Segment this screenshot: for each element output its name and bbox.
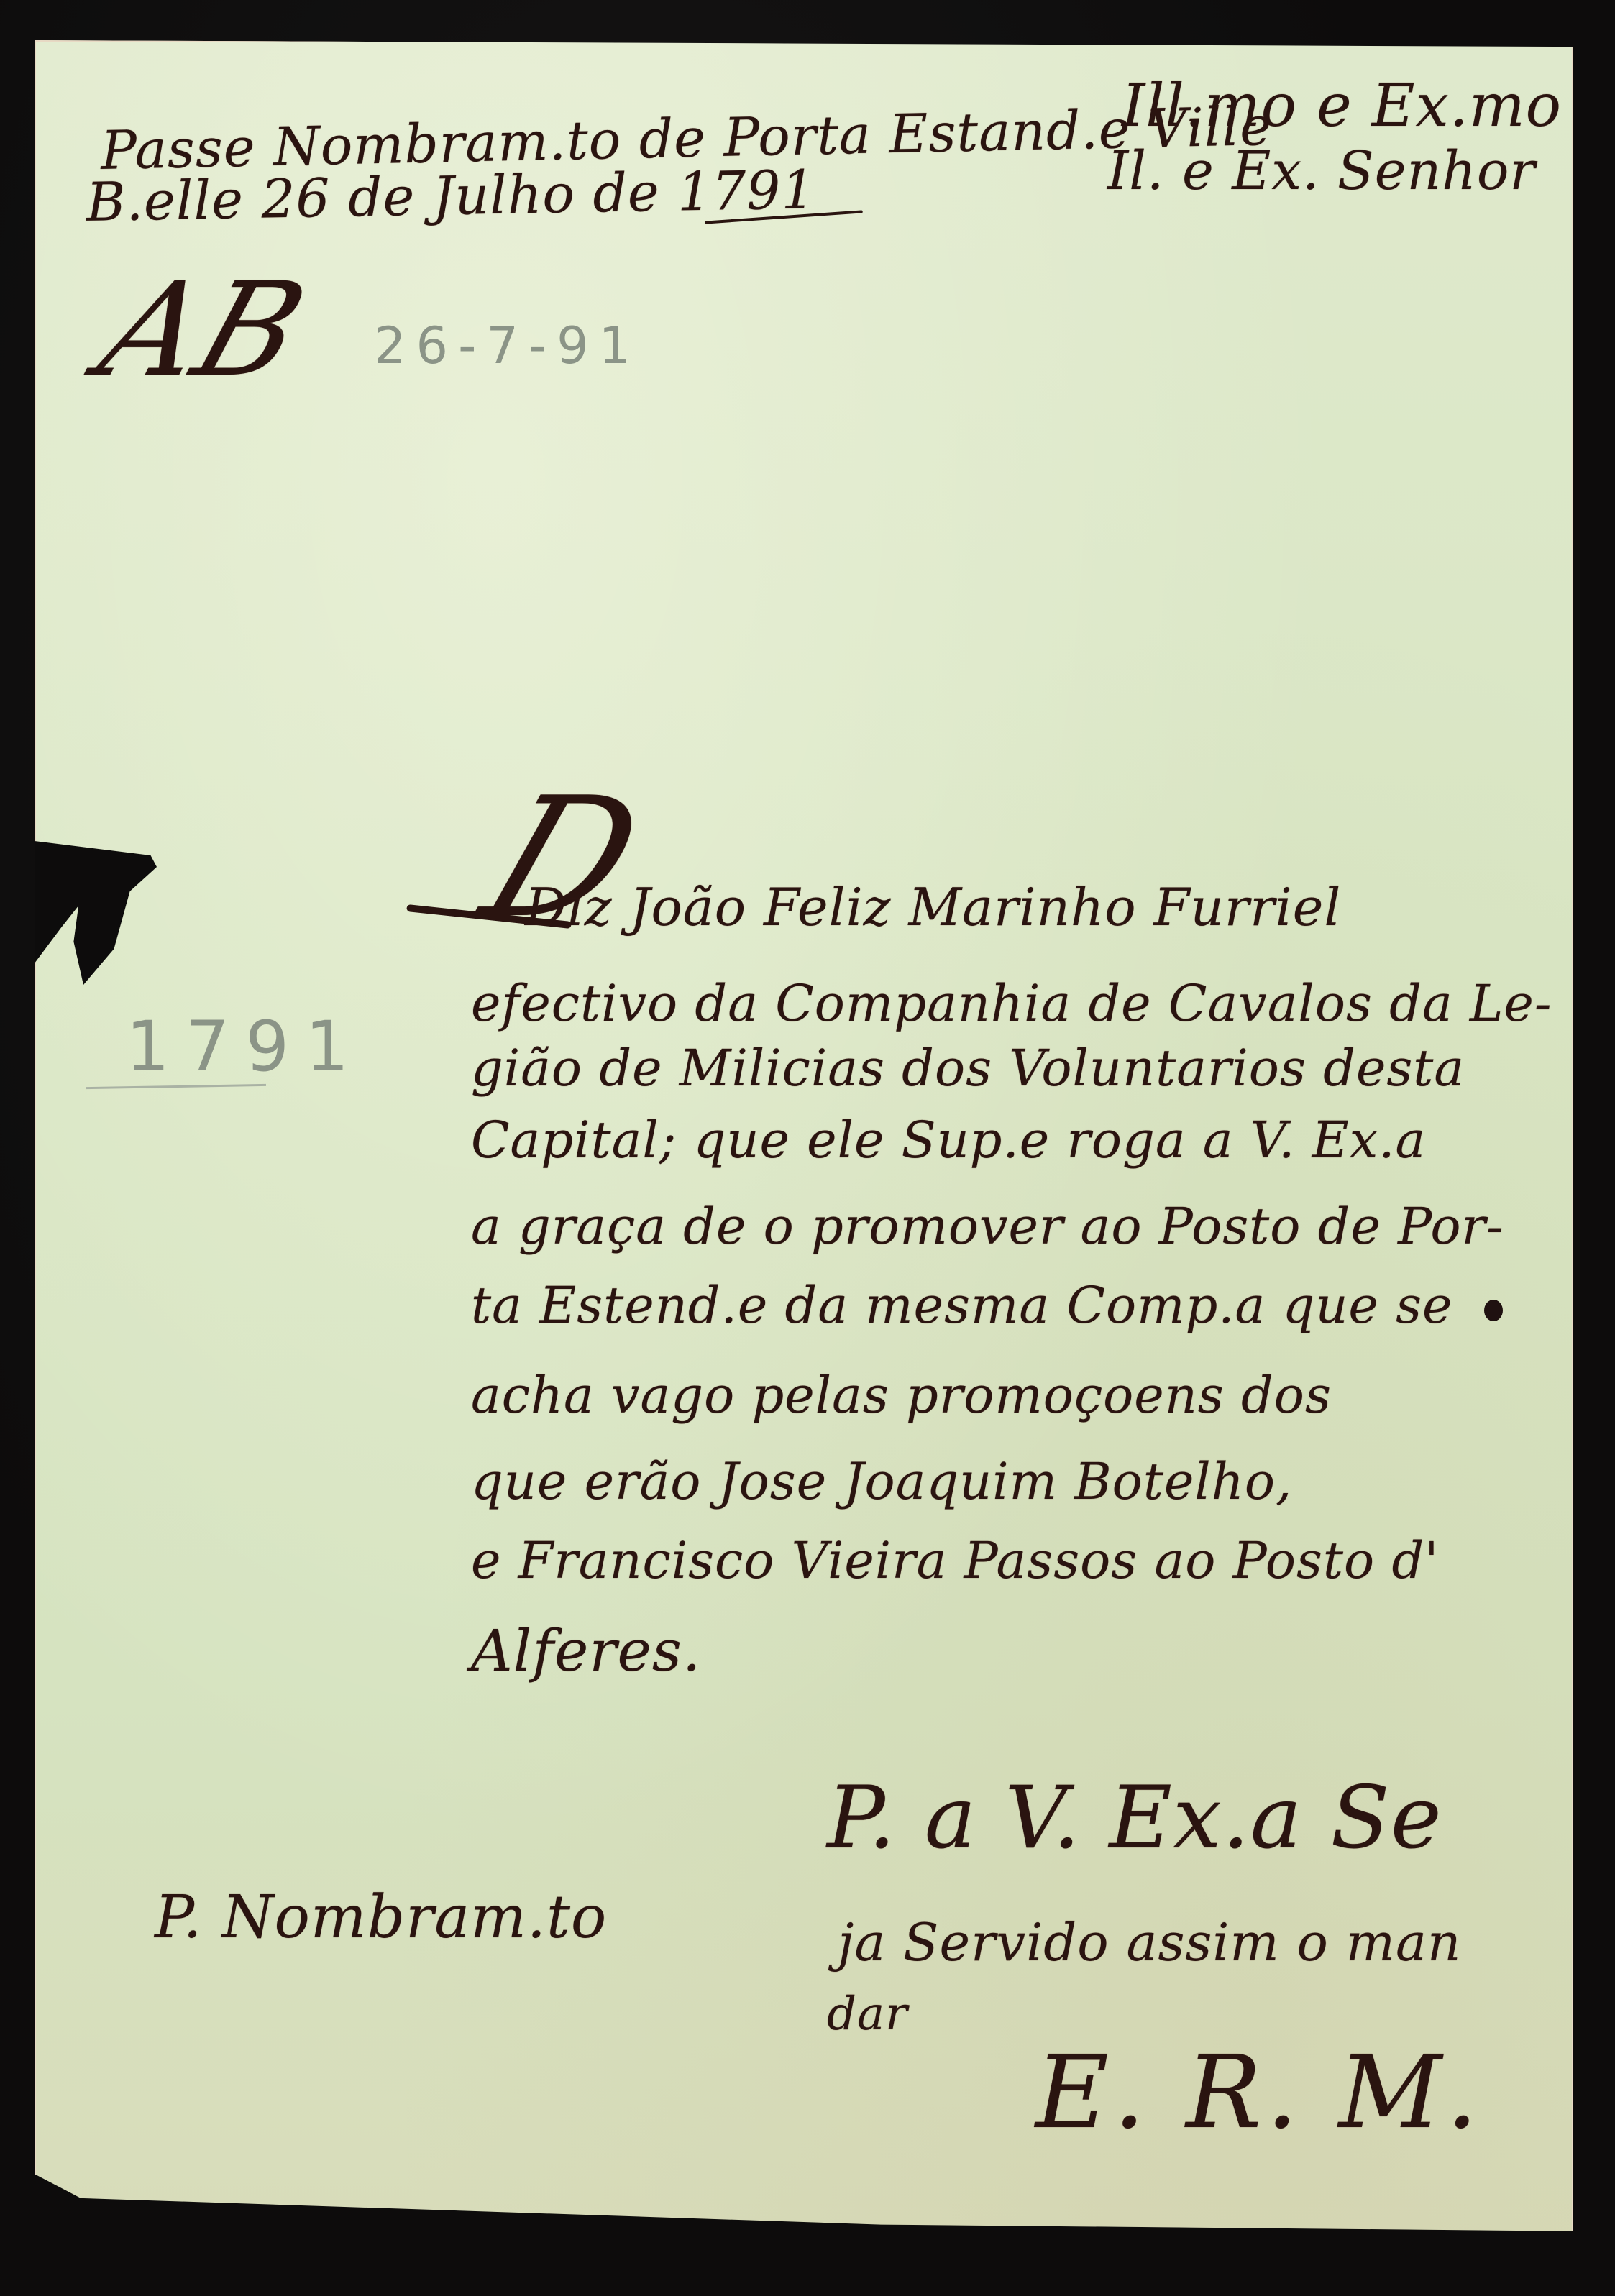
closing-line-2: ja Servido assim o man (838, 1912, 1461, 1973)
body-line-9: e Francisco Vieira Passos ao Posto d' (471, 1531, 1440, 1590)
body-line-2: efectivo da Companhia de Cavalos da Le- (471, 974, 1552, 1033)
salutation-line-1: Ill.mo e Ex.mo (1122, 72, 1562, 140)
body-line-7: acha vago pelas promoçoens dos (471, 1366, 1332, 1425)
body-line-6: ta Estend.e da mesma Comp.a que se (471, 1276, 1452, 1335)
closing-line-1: P. a V. Ex.a Se (827, 1768, 1442, 1868)
pencil-year: 1791 (126, 1006, 365, 1087)
signature-abbreviation: E. R. M. (1035, 2034, 1482, 2152)
dispatch-note: P. Nombram.to (155, 1883, 607, 1952)
salutation-line-2: Il. e Ex. Senhor (1107, 140, 1536, 202)
body-line-4: Capital; que ele Sup.e roga a V. Ex.a (471, 1111, 1426, 1170)
closing-line-3: dar (827, 1988, 908, 2041)
body-line-5: a graça de o promover ao Posto de Por- (471, 1197, 1504, 1256)
body-line-8: que erão Jose Joaquim Botelho, (471, 1452, 1292, 1511)
ink-blot (1484, 1300, 1503, 1321)
body-line-1: Diz João Feliz Marinho Furriel (525, 877, 1341, 937)
body-line-3: gião de Milicias dos Voluntarios desta (471, 1039, 1465, 1098)
body-line-10: Alferes. (471, 1617, 701, 1684)
pencil-date: 26-7-91 (374, 316, 641, 375)
